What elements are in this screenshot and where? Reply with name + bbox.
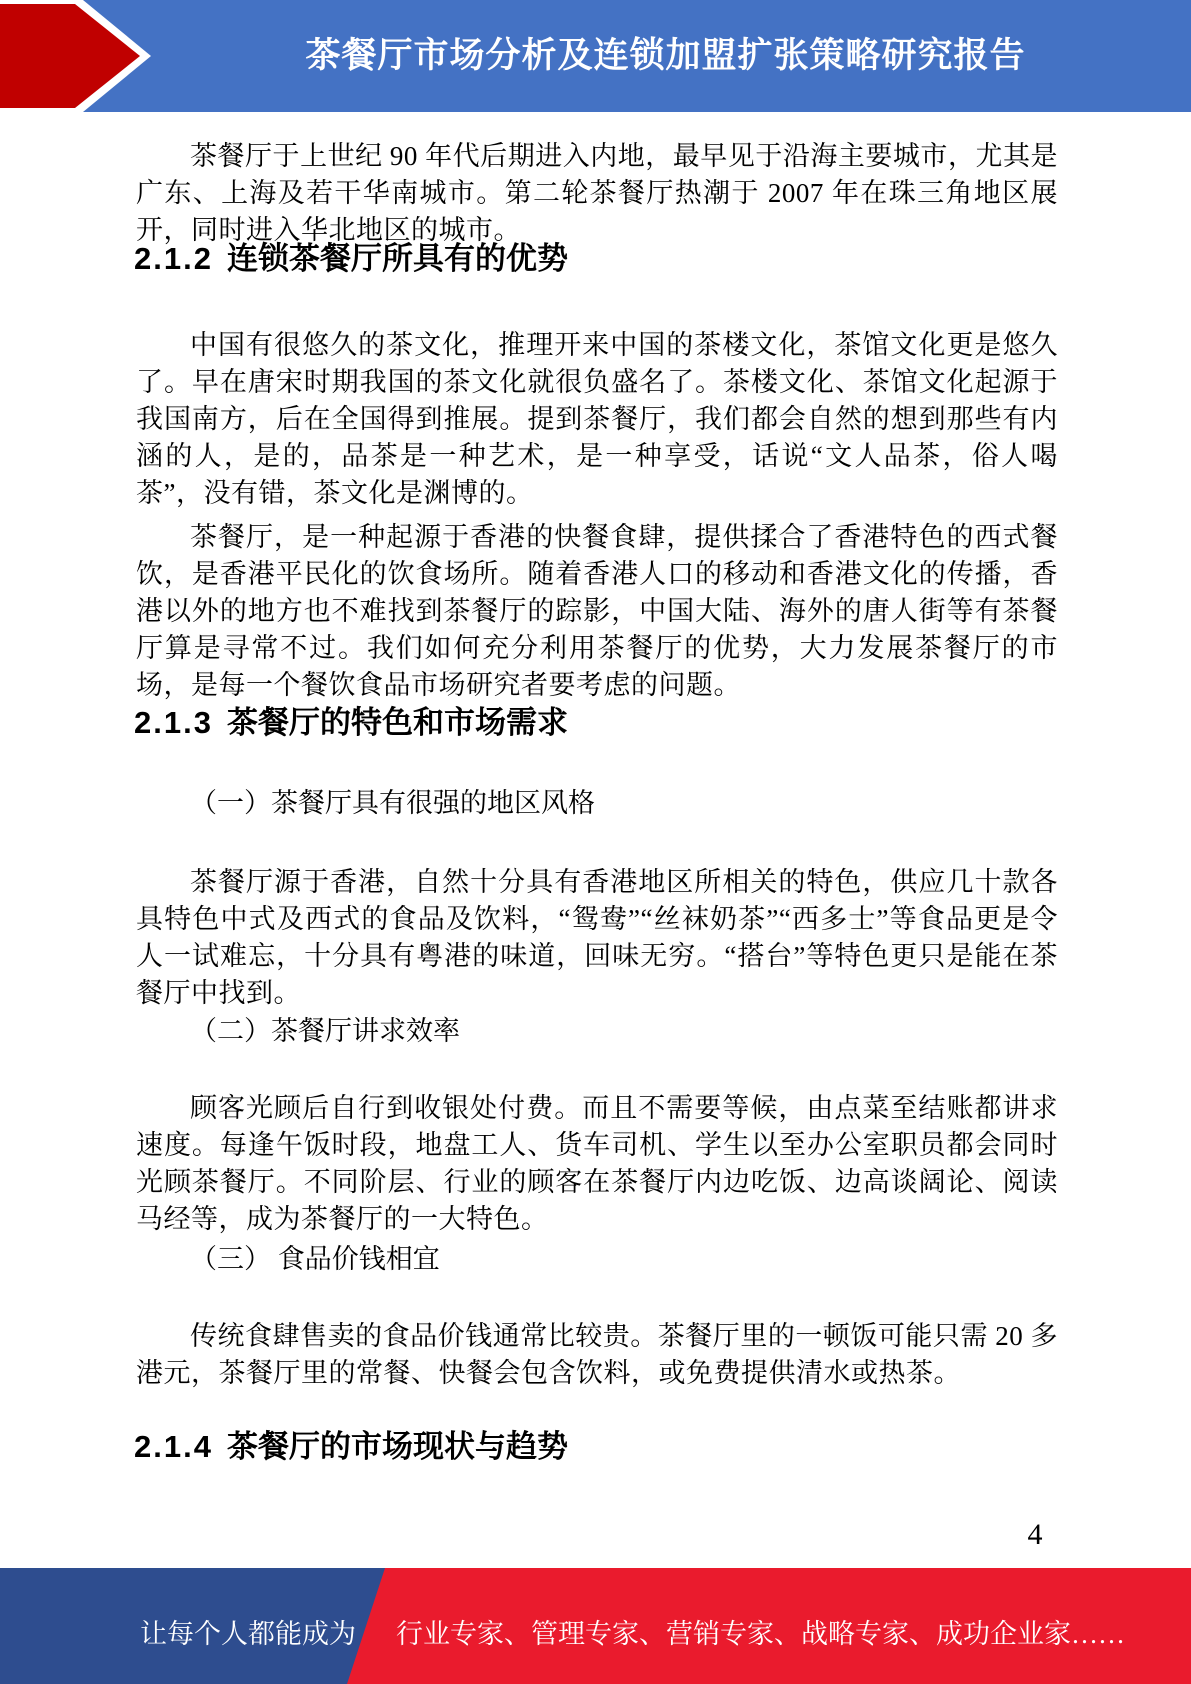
section-title: 茶餐厅的市场现状与趋势	[227, 1429, 568, 1464]
section-number: 2.1.4	[134, 1429, 213, 1464]
section-heading-2-1-2: 2.1.2连锁茶餐厅所具有的优势	[134, 240, 1064, 278]
red-arrow-icon	[0, 0, 160, 112]
section-number: 2.1.3	[134, 705, 213, 740]
paragraph-regional-style: 茶餐厅源于香港，自然十分具有香港地区所相关的特色，供应几十款各具特色中式及西式的…	[136, 864, 1058, 1012]
section-number: 2.1.2	[134, 241, 213, 276]
footer-band: 行业专家、管理专家、营销专家、战略专家、成功企业家…… 让每个人都能成为	[0, 1568, 1191, 1684]
paragraph-efficiency: 顾客光顾后自行到收银处付费。而且不需要等候，由点菜至结账都讲求速度。每逢午饭时段…	[136, 1090, 1058, 1238]
subitem-label-3: （三） 食品价钱相宜	[136, 1241, 1058, 1278]
header-banner: 茶餐厅市场分析及连锁加盟扩张策略研究报告	[0, 0, 1191, 112]
paragraph-hk-origin: 茶餐厅，是一种起源于香港的快餐食肆，提供揉合了香港特色的西式餐饮，是香港平民化的…	[136, 519, 1058, 704]
section-heading-2-1-3: 2.1.3茶餐厅的特色和市场需求	[134, 704, 1064, 742]
paragraph-tea-culture: 中国有很悠久的茶文化，推理开来中国的茶楼文化，茶馆文化更是悠久了。早在唐宋时期我…	[136, 327, 1058, 512]
footer-slogan-left: 让每个人都能成为	[140, 1612, 356, 1651]
intro-paragraph: 茶餐厅于上世纪 90 年代后期进入内地，最早见于沿海主要城市，尤其是广东、上海及…	[136, 138, 1058, 249]
paragraph-price: 传统食肆售卖的食品价钱通常比较贵。茶餐厅里的一顿饭可能只需 20 多港元，茶餐厅…	[136, 1318, 1058, 1392]
subitem-label-1: （一）茶餐厅具有很强的地区风格	[136, 785, 1058, 822]
footer-slogan-right: 行业专家、管理专家、营销专家、战略专家、成功企业家……	[396, 1612, 1125, 1651]
section-title: 茶餐厅的特色和市场需求	[227, 705, 568, 740]
report-title: 茶餐厅市场分析及连锁加盟扩张策略研究报告	[170, 0, 1161, 112]
page-number: 4	[1010, 1518, 1060, 1552]
section-title: 连锁茶餐厅所具有的优势	[227, 241, 568, 276]
report-page: 茶餐厅市场分析及连锁加盟扩张策略研究报告 茶餐厅于上世纪 90 年代后期进入内地…	[0, 0, 1191, 1684]
subitem-label-2: （二）茶餐厅讲求效率	[136, 1013, 1058, 1050]
section-heading-2-1-4: 2.1.4茶餐厅的市场现状与趋势	[134, 1428, 1064, 1466]
